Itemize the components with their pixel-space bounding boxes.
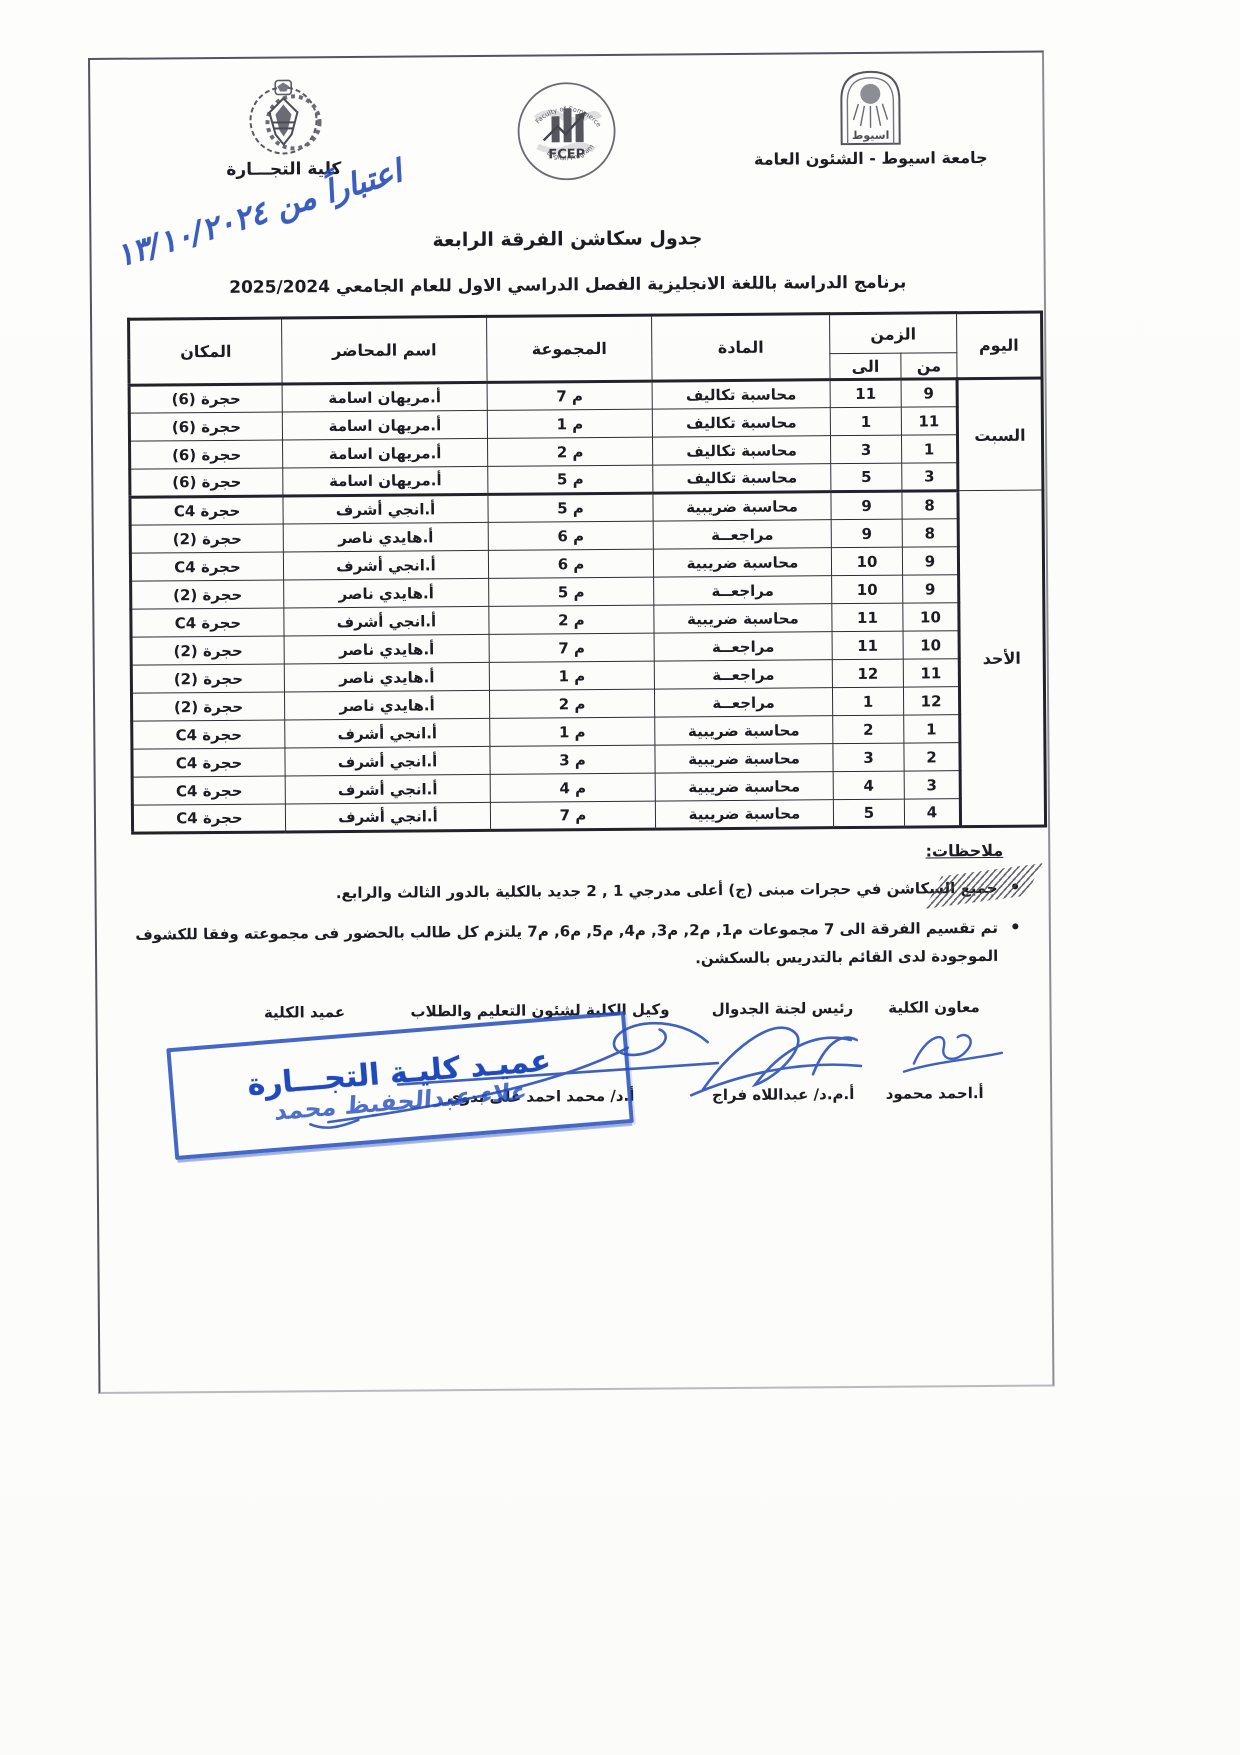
cell-from: 8 (902, 519, 958, 547)
header-place: المكان (129, 318, 283, 385)
cell-lecturer: أ.هايدي ناصر (284, 634, 489, 664)
cell-place: حجرة C4 (132, 720, 285, 749)
cell-from: 9 (903, 575, 959, 603)
cell-subject: محاسبة ضريبية (653, 548, 831, 577)
cell-lecturer: أ.انجي أشرف (285, 774, 490, 804)
cell-place: حجرة C4 (130, 552, 283, 581)
cell-place: حجرة (6) (129, 384, 282, 413)
cell-to: 3 (833, 743, 904, 772)
cell-subject: مراجعــة (654, 632, 832, 661)
cell-to: 11 (830, 379, 901, 408)
cell-subject: مراجعــة (654, 688, 832, 717)
cell-to: 9 (831, 519, 902, 548)
cell-from: 2 (904, 743, 960, 771)
faculty-of-commerce-emblem-icon (241, 78, 326, 157)
cell-subject: محاسبة تكاليف (653, 464, 831, 493)
cell-place: حجرة (2) (130, 524, 283, 553)
cell-from: 3 (904, 771, 960, 799)
cell-from: 9 (902, 547, 958, 575)
signature-name: أ.م.د/ عبداللاه فراج (694, 1085, 872, 1104)
note-item: • تم تقسيم الفرقة الى 7 مجموعات م1, م2, … (129, 915, 1021, 978)
signature-title: رئيس لجنة الجدوال (693, 999, 871, 1018)
assistant-signature-icon (896, 1013, 1012, 1082)
signature-title: عميد الكلية (245, 1003, 363, 1022)
schedule-table-body: السبت911محاسبة تكاليفم 7أ.مريهان اسامةحج… (129, 378, 1045, 833)
cell-subject: محاسبة تكاليف (652, 436, 830, 465)
page-subtitle: برنامج الدراسة باللغة الانجليزية الفصل ا… (92, 272, 1044, 299)
cell-place: حجرة C4 (130, 496, 283, 525)
cell-lecturer: أ.هايدي ناصر (284, 578, 489, 608)
header-time: الزمن (830, 313, 957, 354)
cell-lecturer: أ.انجي أشرف (283, 494, 488, 524)
header-group: المجموعة (487, 315, 653, 382)
cell-place: حجرة (2) (131, 692, 284, 721)
cell-from: 11 (901, 407, 957, 435)
cell-from: 10 (903, 631, 959, 659)
cell-subject: محاسبة ضريبية (654, 604, 832, 633)
cell-lecturer: أ.انجي أشرف (283, 550, 488, 580)
signature-title: معاون الكلية (861, 998, 1006, 1017)
cell-group: م 7 (490, 801, 655, 830)
bullet-icon: • (1010, 915, 1021, 971)
cell-subject: محاسبة ضريبية (655, 800, 833, 829)
cell-lecturer: أ.انجي أشرف (284, 606, 489, 636)
assiut-university-emblem-icon: اسيوط (829, 66, 912, 147)
cell-group: م 6 (488, 521, 653, 550)
cell-place: حجرة (6) (130, 468, 283, 497)
cell-subject: مراجعــة (653, 520, 831, 549)
cell-to: 11 (832, 603, 903, 632)
cell-group: م 1 (490, 717, 655, 746)
cell-lecturer: أ.انجي أشرف (285, 802, 490, 832)
cell-lecturer: أ.انجي أشرف (285, 746, 490, 776)
cell-group: م 3 (490, 745, 655, 774)
cell-place: حجرة C4 (132, 748, 285, 777)
cell-lecturer: أ.مريهان اسامة (283, 466, 488, 496)
schedule-table: اليوم الزمن المادة المجموعة اسم المحاضر … (127, 311, 1047, 835)
header-day: اليوم (957, 312, 1043, 379)
signature-block-assistant: معاون الكلية أ.احمد محمود (861, 998, 1006, 1017)
cell-place: حجرة (6) (129, 412, 282, 441)
cell-group: م 4 (490, 773, 655, 802)
cell-lecturer: أ.مريهان اسامة (282, 382, 487, 412)
signature-block-schedules-head: رئيس لجنة الجدوال أ.م.د/ عبداللاه فراج (693, 999, 871, 1018)
cell-from: 10 (903, 603, 959, 631)
university-caption: جامعة اسيوط - الشئون العامة (743, 148, 999, 169)
header-lecturer: اسم المحاضر (282, 316, 488, 384)
cell-from: 1 (901, 435, 957, 463)
cell-lecturer: أ.مريهان اسامة (283, 438, 488, 468)
dean-stamp: عميـد كليـة التجـــارة علاء عبدالحفيظ مح… (166, 1011, 634, 1160)
day-name-cell: الأحد (958, 490, 1046, 827)
cell-place: حجرة C4 (132, 776, 285, 805)
cell-from: 1 (904, 715, 960, 743)
cell-subject: محاسبة ضريبية (655, 716, 833, 745)
header-from: من (901, 353, 957, 379)
cell-from: 3 (902, 463, 958, 491)
svg-text:اسيوط: اسيوط (852, 129, 890, 142)
cell-group: م 6 (488, 549, 653, 578)
cell-group: م 2 (489, 605, 654, 634)
cell-to: 2 (833, 715, 904, 744)
page-frame: كلية التجـــارة FCEP Faculty of Commer (88, 50, 1054, 1393)
cell-to: 10 (832, 575, 903, 604)
cell-place: حجرة (2) (131, 664, 284, 693)
cell-to: 10 (831, 547, 902, 576)
cell-lecturer: أ.هايدي ناصر (284, 662, 489, 692)
cell-subject: محاسبة ضريبية (655, 772, 833, 801)
cell-group: م 5 (489, 577, 654, 606)
cell-place: حجرة C4 (131, 608, 284, 637)
cell-group: م 2 (487, 437, 652, 466)
cell-to: 1 (832, 687, 903, 716)
fcep-logo-icon: FCEP Faculty of Commerce English Program (513, 78, 620, 185)
header-subject: المادة (652, 314, 831, 381)
cell-from: 4 (904, 799, 960, 827)
cell-group: م 7 (487, 381, 652, 410)
faculty-of-commerce-logo: كلية التجـــارة (198, 78, 369, 180)
scanned-schedule-document: اعتباراً من ١٣/١٠/٢٠٢٤ كلية التجـــارة (0, 0, 1240, 1755)
cell-group: م 2 (489, 689, 654, 718)
schedule-row: 45محاسبة ضريبيةم 7أ.انجي أشرفحجرة C4 (132, 798, 1045, 833)
fcep-logo: FCEP Faculty of Commerce English Program (510, 78, 623, 185)
cell-from: 11 (903, 659, 959, 687)
cell-group: م 5 (488, 493, 653, 522)
cell-subject: مراجعــة (654, 576, 832, 605)
cell-to: 12 (832, 659, 903, 688)
signature-name: أ.احمد محمود (862, 1084, 1007, 1103)
cell-from: 9 (901, 379, 957, 407)
cell-subject: محاسبة تكاليف (652, 408, 830, 437)
cell-group: م 1 (489, 661, 654, 690)
cell-lecturer: أ.مريهان اسامة (282, 410, 487, 440)
cell-place: حجرة C4 (132, 804, 285, 833)
cell-to: 4 (833, 771, 904, 800)
cell-group: م 1 (487, 409, 652, 438)
cell-to: 3 (830, 435, 901, 464)
cell-lecturer: أ.هايدي ناصر (284, 690, 489, 720)
cell-group: م 7 (489, 633, 654, 662)
note-item: • جميع السكاشن في حجرات مبنى (ج) أعلى مد… (128, 875, 1020, 910)
cell-place: حجرة (2) (131, 636, 284, 665)
cell-place: حجرة (2) (131, 580, 284, 609)
cell-subject: محاسبة ضريبية (655, 744, 833, 773)
cell-to: 5 (831, 463, 902, 492)
cell-to: 1 (830, 407, 901, 436)
cell-place: حجرة (6) (130, 440, 283, 469)
assiut-university-logo: اسيوط جامعة اسيوط - الشئون العامة (742, 65, 999, 169)
cell-lecturer: أ.انجي أشرف (285, 718, 490, 748)
cell-to: 5 (833, 799, 904, 828)
cell-subject: محاسبة تكاليف (652, 380, 830, 409)
cell-from: 8 (902, 491, 958, 519)
cell-lecturer: أ.هايدي ناصر (283, 522, 488, 552)
notes-label: ملاحظات: (926, 841, 1004, 861)
header-to: الى (830, 353, 901, 380)
cell-to: 11 (832, 631, 903, 660)
cell-subject: مراجعــة (654, 660, 832, 689)
signature-block-dean: عميد الكلية (245, 1003, 363, 1022)
cell-to: 9 (831, 491, 902, 520)
cell-subject: محاسبة ضريبية (653, 492, 831, 521)
day-name-cell: السبت (957, 378, 1043, 491)
cell-group: م 5 (488, 465, 653, 494)
cell-from: 12 (903, 687, 959, 715)
